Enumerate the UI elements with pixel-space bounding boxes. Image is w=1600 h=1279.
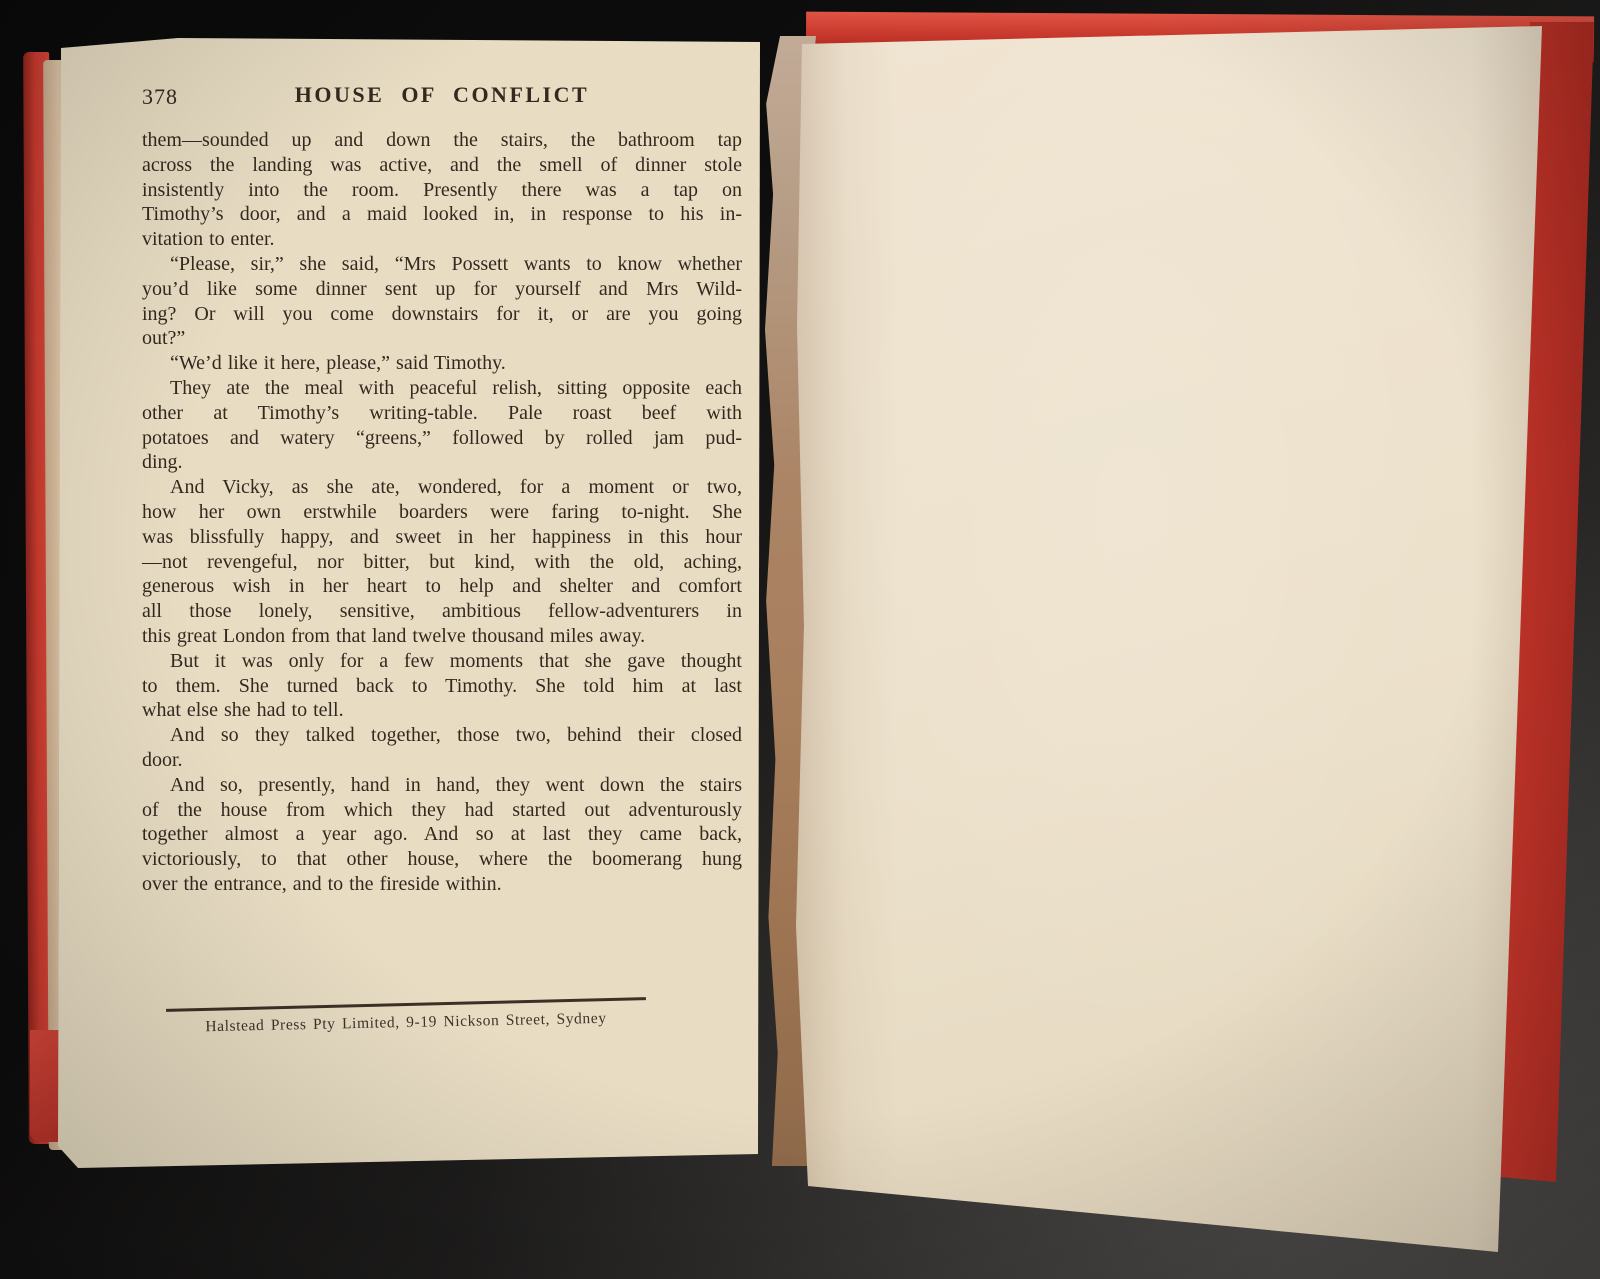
text-line: all those lonely, sensitive, ambitious f… (142, 599, 742, 624)
text-line: what else she had to tell. (142, 698, 742, 723)
text-line: over the entrance, and to the fireside w… (142, 872, 742, 897)
text-line: other at Timothy’s writing-table. Pale r… (142, 401, 742, 426)
text-line: ing? Or will you come downstairs for it,… (142, 302, 742, 327)
text-line: But it was only for a few moments that s… (142, 649, 742, 674)
text-line: to them. She turned back to Timothy. She… (142, 674, 742, 699)
text-line: And Vicky, as she ate, wondered, for a m… (142, 475, 742, 500)
text-line: them—sounded up and down the stairs, the… (142, 128, 742, 153)
text-line: vitation to enter. (142, 227, 742, 252)
text-line: you’d like some dinner sent up for yours… (142, 277, 742, 302)
text-line: insistently into the room. Presently the… (142, 178, 742, 203)
text-line: door. (142, 748, 742, 773)
text-line: “Please, sir,” she said, “Mrs Possett wa… (142, 252, 742, 277)
running-title: HOUSE OF CONFLICT (142, 82, 742, 108)
text-line: how her own erstwhile boarders were fari… (142, 500, 742, 525)
imprint-rule (166, 997, 646, 1011)
text-line: out?” (142, 326, 742, 351)
text-line: this great London from that land twelve … (142, 624, 742, 649)
text-line: And so, presently, hand in hand, they we… (142, 773, 742, 798)
page-body: them—sounded up and down the stairs, the… (142, 128, 742, 897)
left-page: 378 HOUSE OF CONFLICT them—sounded up an… (58, 38, 760, 1168)
page-header: 378 HOUSE OF CONFLICT (142, 82, 742, 112)
text-line: ding. (142, 450, 742, 475)
text-line: “We’d like it here, please,” said Timoth… (142, 351, 742, 376)
text-line: across the landing was active, and the s… (142, 153, 742, 178)
text-line: And so they talked together, those two, … (142, 723, 742, 748)
printer-imprint: Halstead Press Pty Limited, 9-19 Nickson… (166, 1009, 646, 1037)
text-line: —not revengeful, nor bitter, but kind, w… (142, 550, 742, 575)
text-line: victoriously, to that other house, where… (142, 847, 742, 872)
text-line: was blissfully happy, and sweet in her h… (142, 525, 742, 550)
book-photo: 378 HOUSE OF CONFLICT them—sounded up an… (0, 0, 1600, 1279)
right-page-blank (794, 26, 1546, 1254)
text-line: generous wish in her heart to help and s… (142, 574, 742, 599)
text-line: of the house from which they had started… (142, 798, 742, 823)
text-line: potatoes and watery “greens,” followed b… (142, 426, 742, 451)
text-line: They ate the meal with peaceful relish, … (142, 376, 742, 401)
text-line: together almost a year ago. And so at la… (142, 822, 742, 847)
text-line: Timothy’s door, and a maid looked in, in… (142, 202, 742, 227)
